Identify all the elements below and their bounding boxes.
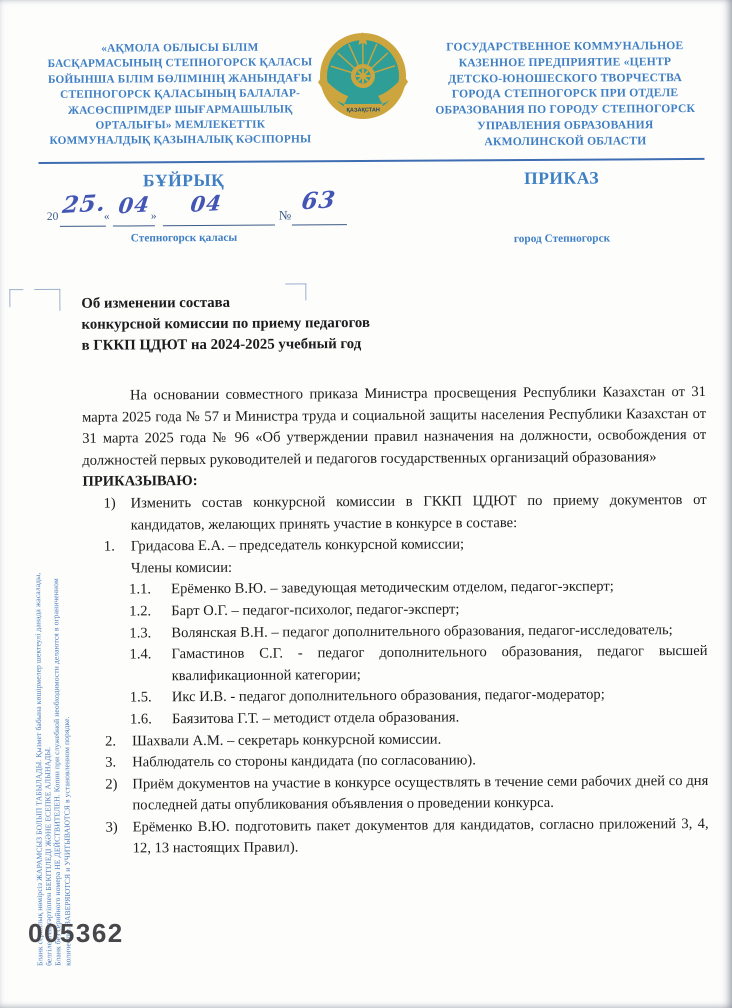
text-line: БОЙЫНША БІЛІМ БӨЛІМІНІҢ ЖАНЫНДАҒЫ [34,71,326,88]
item-number: 1.2. [129,601,151,623]
item-text: Барт О.Г. – педагог-психолог, педагог-эк… [171,601,459,619]
quote-close: » [151,210,157,222]
item-number: 3. [105,753,116,775]
item-number: 2. [105,731,116,753]
item-text: Икс И.В. - педагог дополнительного образ… [172,687,605,706]
text-line: КАЗЕННОЕ ПРЕДПРИЯТИЕ «ЦЕНТР [422,54,708,72]
item-text: Шахвали А.М. – секретарь конкурсной коми… [132,731,441,749]
city-label-russian: город Степногорск [419,232,705,246]
org-name-russian: ГОСУДАРСТВЕННОЕ КОММУНАЛЬНОЕКАЗЕННОЕ ПРЕ… [422,38,709,150]
kazakhstan-emblem-icon: ҚАЗАҚСТАН [316,30,411,127]
item-text: Изменить состав конкурсной комиссии в ГК… [131,492,707,533]
item-number: 1.6. [130,709,152,731]
order-item: 1)Изменить состав конкурсной комиссии в … [83,490,707,537]
item-number: 3) [106,817,118,839]
item-text: Гридасова Е.А. – председатель конкурсной… [131,537,464,555]
item-text: Наблюдатель со стороны кандидата (по сог… [132,752,476,770]
item-number: 1) [104,493,116,515]
header-divider [39,158,705,164]
text-line: ГОРОДА СТЕПНОГОРСК ПРИ ОТДЕЛЕ [422,85,708,103]
item-number: 1.4. [129,644,151,666]
text-line: ОБРАЗОВАНИЯ ПО ГОРОДУ СТЕПНОГОРСК [422,101,708,119]
text-line: АКМОЛИНСКОЙ ОБЛАСТИ [422,133,708,151]
text-line: Об изменении состава [81,291,501,315]
scanned-order-page: «АҚМОЛА ОБЛЫСЫ БІЛІМБАСҚАРМАСЫНЫҢ СТЕПНО… [0,0,732,1008]
item-text: Приём документов на участие в конкурсе о… [132,773,708,814]
order-item: 1.4.Гамастинов С.Г. - педагог дополнител… [83,641,707,688]
field-corner-mark [9,289,23,307]
item-text: Ерёменко В.Ю. – заведующая методическим … [171,579,614,598]
handwritten-month: 04 [189,190,223,217]
order-body: На основании совместного приказа Министр… [82,382,709,861]
intro-paragraph: На основании совместного приказа Министр… [82,382,707,472]
svg-text:ҚАЗАҚСТАН: ҚАЗАҚСТАН [346,107,380,113]
text-line: СТЕПНОГОРСК ҚАЛАСЫНЫҢ БАЛАЛАР- [34,86,326,103]
item-text: Гамастинов С.Г. - педагог дополнительног… [171,643,707,684]
text-line: БАСҚАРМАСЫНЫҢ СТЕПНОГОРСК ҚАЛАСЫ [34,56,326,73]
order-item: 3)Ерёменко В.Ю. подготовить пакет докуме… [85,814,709,861]
item-number: 1.3. [129,623,151,645]
item-number: 2) [105,774,117,796]
item-text: Баязитова Г.Т. – методист отдела образов… [172,709,459,727]
item-text: Члены комисии: [131,560,232,577]
item-text: Волянская В.Н. – педагог дополнительного… [171,622,672,641]
order-word-russian: ПРИКАЗ [419,167,705,190]
text-line: в ГККП ЦДЮТ на 2024-2025 учебный год [82,333,502,357]
handwritten-order-number: 63 [300,186,337,215]
item-number: 1. [104,537,115,559]
order-item: 2)Приём документов на участие в конкурсе… [84,771,708,818]
text-line: ГОСУДАРСТВЕННОЕ КОММУНАЛЬНОЕ [422,38,708,56]
number-sign: № [279,207,292,223]
text-line: КОММУНАЛДЫҚ ҚАЗЫНАЛЫҚ КӘСІПОРНЫ [34,133,326,150]
text-line: ДЕТСКО-ЮНОШЕСКОГО ТВОРЧЕСТВА [422,69,708,87]
text-line: УПРАВЛЕНИЯ ОБРАЗОВАНИЯ [422,117,708,135]
text-line: ОРТАЛЫҒЫ» МЕМЛЕКЕТТІК [34,117,326,134]
handwritten-day: 04 [117,192,151,219]
handwritten-year: 25. [61,189,108,218]
year-prefix: 20 [47,211,59,223]
order-items: 1)Изменить состав конкурсной комиссии в … [83,490,709,861]
order-word-kazakh: БҰЙРЫҚ [39,169,329,192]
blank-security-note: Бланк сериялық нөмірсіз ЖАРАМСЫЗ БОЛЫП Т… [32,390,72,966]
org-name-kazakh: «АҚМОЛА ОБЛЫСЫ БІЛІМБАСҚАРМАСЫНЫҢ СТЕПНО… [34,40,327,150]
field-corner-mark [34,289,60,311]
item-number: 1.1. [129,580,151,602]
document-title: Об изменении составаконкурсной комиссии … [81,291,501,357]
text-line: конкурсной комиссии по приему педагогов [81,312,501,336]
text-line: ЖАСӨСПІРІМДЕР ШЫҒАРМАШЫЛЫҚ [34,102,326,119]
item-text: Ерёменко В.Ю. подготовить пакет документ… [133,816,709,857]
blank-serial-number: 005362 [28,918,124,949]
city-label-kazakh: Степногорск қаласы [39,231,329,245]
quote-open: « [104,211,110,223]
item-number: 1.5. [130,688,152,710]
text-line: «АҚМОЛА ОБЛЫСЫ БІЛІМ [34,40,326,57]
